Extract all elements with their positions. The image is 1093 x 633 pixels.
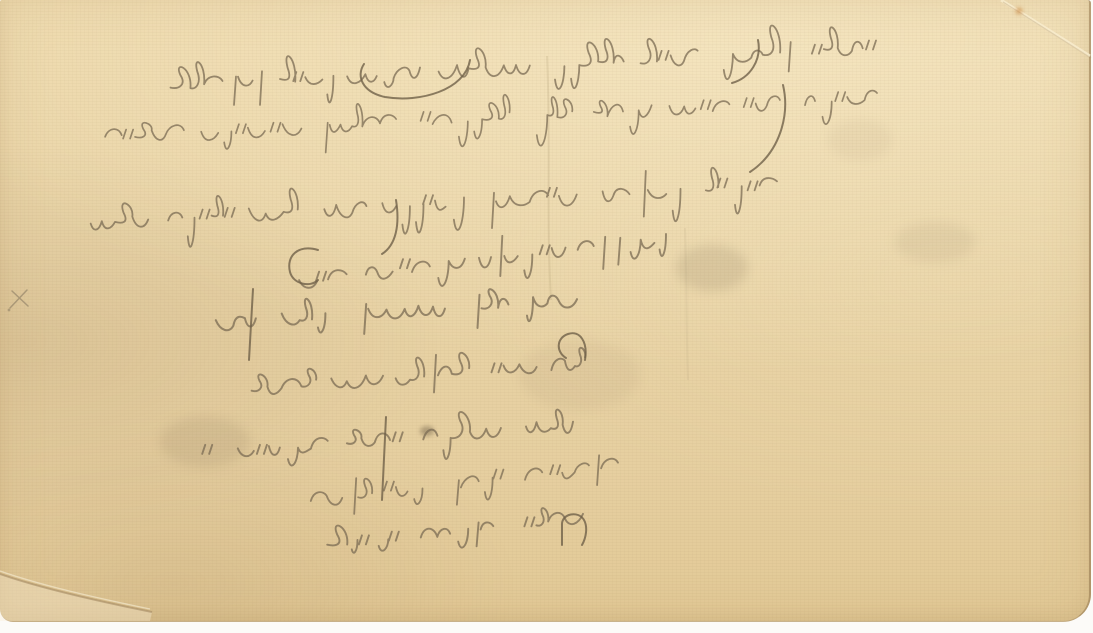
postcard-paper	[0, 0, 1091, 622]
scanned-photo-back	[0, 0, 1093, 633]
